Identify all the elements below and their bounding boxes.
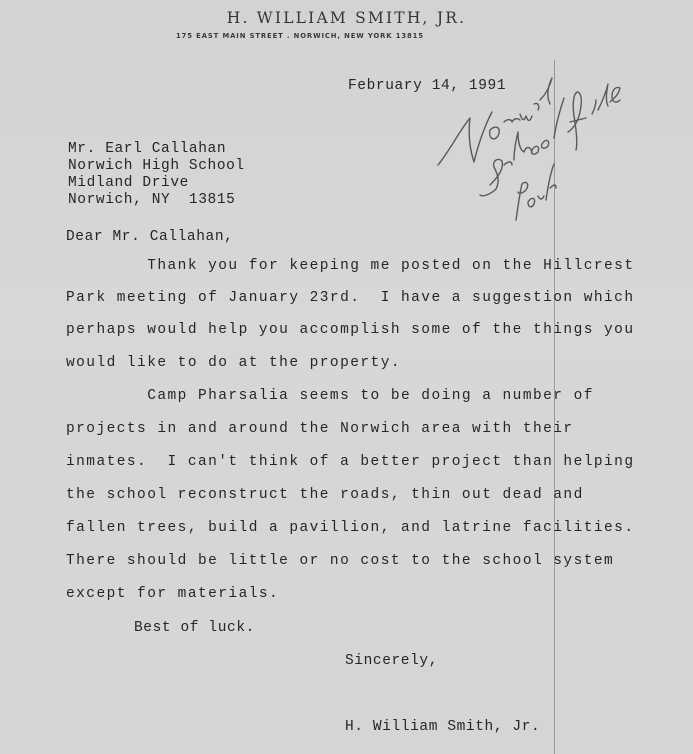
paragraph-line: Park meeting of January 23rd. I have a s… <box>66 290 634 306</box>
signer-name: H. William Smith, Jr. <box>345 719 540 735</box>
handwritten-note-icon <box>430 70 630 240</box>
recipient-city: Norwich, NY 13815 <box>68 192 235 210</box>
letterhead-name: H. WILLIAM SMITH, JR. <box>0 9 693 27</box>
paragraph-line: inmates. I can't think of a better proje… <box>66 454 634 470</box>
sign-off: Sincerely, <box>345 653 438 669</box>
recipient-organization: Norwich High School <box>68 158 245 176</box>
recipient-street: Midland Drive <box>68 175 189 193</box>
closing-line: Best of luck. <box>134 620 255 636</box>
paragraph-line: except for materials. <box>66 586 279 602</box>
paragraph-line: perhaps would help you accomplish some o… <box>66 322 634 338</box>
paragraph-line: Thank you for keeping me posted on the H… <box>66 258 634 274</box>
paragraph-line: Camp Pharsalia seems to be doing a numbe… <box>66 388 594 404</box>
paragraph-line: would like to do at the property. <box>66 355 401 371</box>
paragraph-line: There should be little or no cost to the… <box>66 553 614 569</box>
paragraph-line: fallen trees, build a pavillion, and lat… <box>66 520 634 536</box>
recipient-name: Mr. Earl Callahan <box>68 141 226 159</box>
paragraph-line: the school reconstruct the roads, thin o… <box>66 487 584 503</box>
paragraph-line: projects in and around the Norwich area … <box>66 421 574 437</box>
salutation: Dear Mr. Callahan, <box>66 229 233 245</box>
letterhead-address: 175 EAST MAIN STREET . NORWICH, NEW YORK… <box>176 32 556 40</box>
